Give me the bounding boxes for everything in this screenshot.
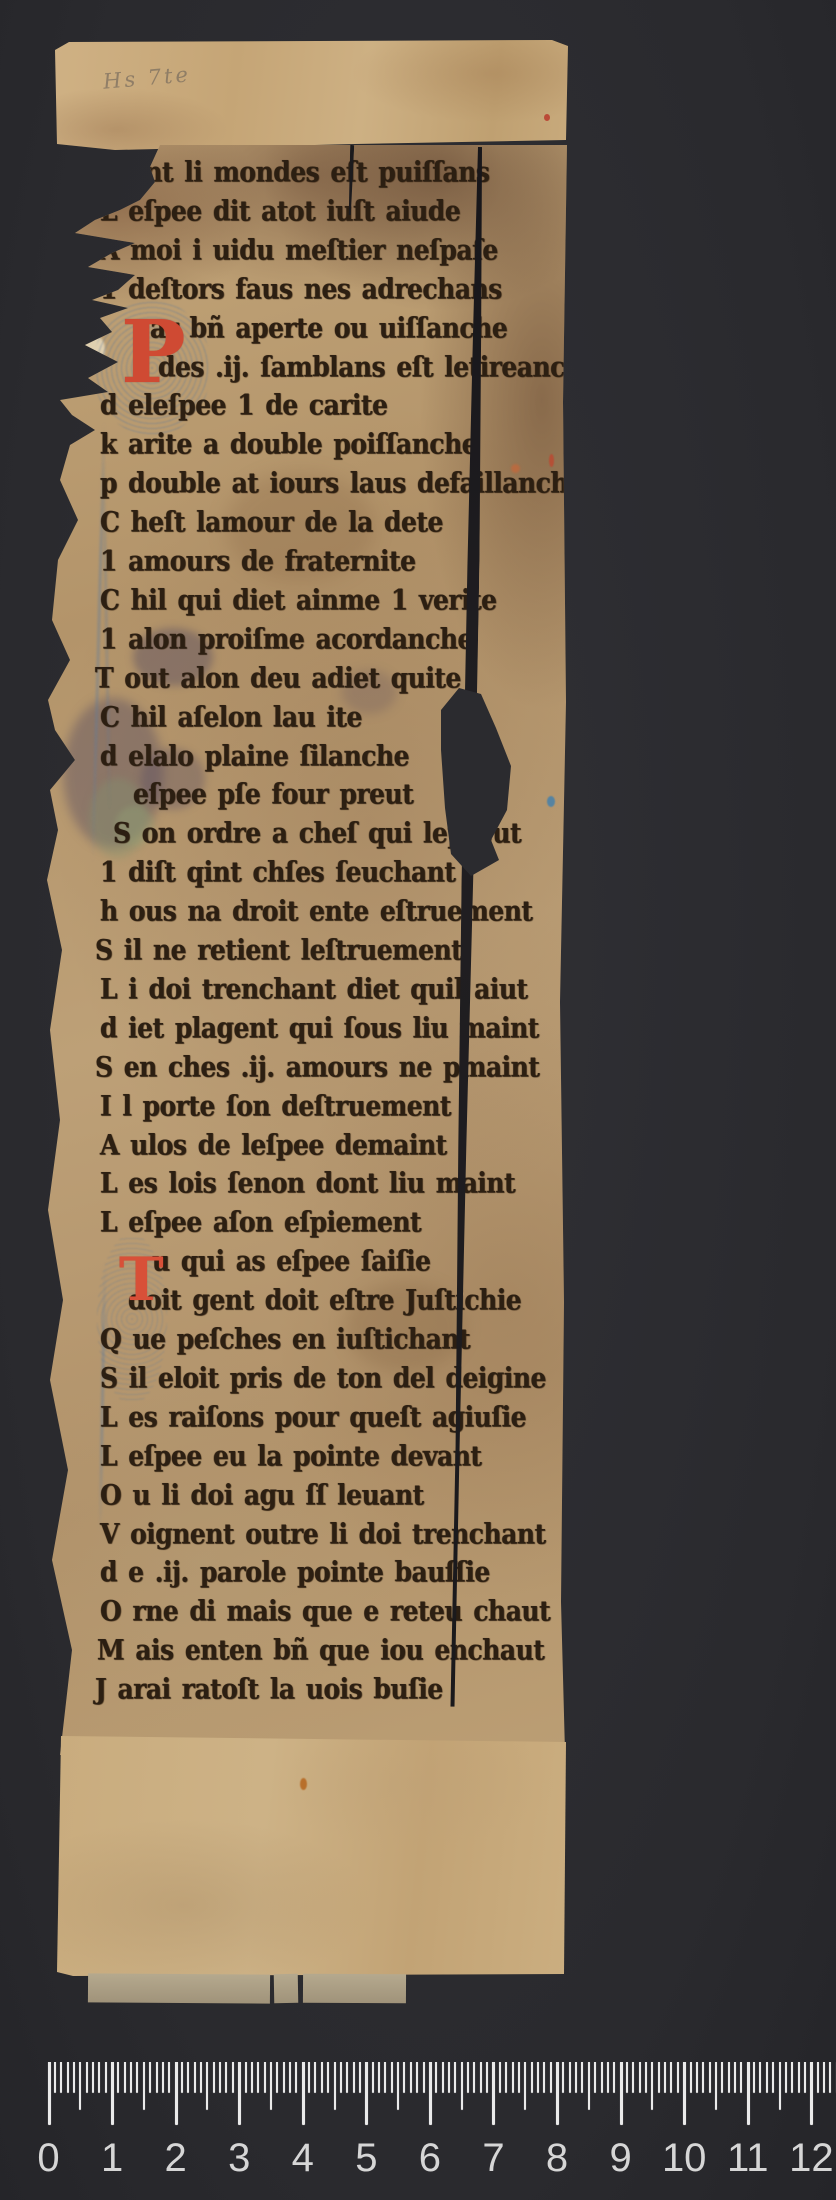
mm-tick (690, 2062, 692, 2093)
mm-tick (423, 2062, 425, 2093)
mm-tick (531, 2062, 533, 2093)
manuscript-line: d e .ij. parole pointe bauſſie (100, 1558, 490, 1586)
mm-tick (295, 2062, 297, 2093)
mm-tick (372, 2062, 374, 2093)
cm-tick (620, 2062, 623, 2125)
mm-tick (728, 2062, 730, 2093)
manuscript-line: des .ij. ſamblans eſt letireanche (158, 353, 598, 381)
mm-tick (136, 2062, 138, 2093)
manuscript-line: p double at iours laus defaillanche (100, 469, 584, 497)
manuscript-line: S il ne retient leſtruement (95, 936, 462, 964)
mm-tick (187, 2062, 189, 2093)
mm-tick (86, 2062, 88, 2093)
mm-tick (734, 2062, 736, 2093)
mm-tick (766, 2062, 768, 2093)
manuscript-line: ar bñ aperte ou uiſſanche (150, 314, 507, 342)
mm-tick (772, 2062, 774, 2093)
manuscript-line: C heſt lamour de la dete (100, 508, 443, 536)
mm-tick (219, 2062, 221, 2093)
manuscript-line: J arai ratoſt la uois buſie (95, 1675, 443, 1703)
mm-tick (740, 2062, 742, 2093)
manuscript-line: A ulos de leſpee demaint (100, 1131, 447, 1159)
mm-tick (117, 2062, 119, 2093)
mm-tick (359, 2062, 361, 2093)
mm-tick (314, 2062, 316, 2093)
cm-tick (175, 2062, 178, 2125)
mm-tick (435, 2062, 437, 2093)
mm-tick (829, 2062, 831, 2093)
cm-tick (492, 2062, 495, 2125)
mm-tick (98, 2062, 100, 2093)
mm-tick (709, 2062, 711, 2093)
mm-tick (512, 2062, 514, 2093)
mm-tick (645, 2062, 647, 2093)
mm-tick (73, 2062, 75, 2093)
cm-tick (238, 2062, 241, 2125)
mm-tick (791, 2062, 793, 2093)
rubric-initial-T: T (119, 1250, 164, 1310)
mm-tick (480, 2062, 482, 2093)
mm-tick (67, 2062, 69, 2093)
cm-ruler: 0123456789101112 (0, 2062, 836, 2200)
mm-tick (613, 2062, 615, 2093)
cm-tick (365, 2062, 368, 2125)
mm-tick (639, 2062, 641, 2093)
pencil-inscription: Hs 7te (102, 64, 191, 93)
cm-tick (683, 2062, 686, 2125)
mm-tick (149, 2062, 151, 2093)
cm-tick (747, 2062, 750, 2125)
mm-tick (785, 2062, 787, 2093)
ruler-number: 3 (207, 2138, 271, 2178)
mm-tick (162, 2062, 164, 2093)
mm-tick (200, 2062, 202, 2093)
half-cm-tick (397, 2062, 399, 2110)
mm-tick (257, 2062, 259, 2093)
manuscript-line: k arite a double poiſſanche (100, 430, 477, 458)
manuscript-line: I l porte ſon deſtruement (100, 1092, 451, 1120)
cm-tick (556, 2062, 559, 2125)
manuscript-line: C hil aſelon lau ite (100, 703, 362, 731)
mm-tick (130, 2062, 132, 2093)
manuscript-line: u qui as eſpee ſaiſie (152, 1247, 430, 1275)
manuscript-line: d iet plagent qui ſous liu maint (100, 1014, 539, 1042)
mm-tick (626, 2062, 628, 2093)
manuscript-line: 1 diſt qint chſes ſeuchant (100, 858, 455, 886)
mm-tick (391, 2062, 393, 2093)
mm-tick (232, 2062, 234, 2093)
half-cm-tick (143, 2062, 145, 2110)
mm-tick (213, 2062, 215, 2093)
mm-tick (308, 2062, 310, 2093)
half-cm-tick (270, 2062, 272, 2110)
manuscript-line: eſpee pſe four preut (133, 780, 413, 808)
mm-tick (759, 2062, 761, 2093)
mm-tick (225, 2062, 227, 2093)
cm-tick (429, 2062, 432, 2125)
mm-tick (283, 2062, 285, 2093)
mm-tick (581, 2062, 583, 2093)
manuscript-leaf: d ont li mondes eſt puiſſansL eſpee dit … (45, 142, 568, 1757)
cm-tick (810, 2062, 813, 2125)
manuscript-line: 1 amours de fraternite (100, 547, 416, 575)
rubric-initial-P: P (121, 310, 186, 396)
ruler-number: 11 (716, 2138, 780, 2178)
cm-tick (111, 2062, 114, 2125)
mm-tick (416, 2062, 418, 2093)
mm-tick (410, 2062, 412, 2093)
manuscript-line: V oignent outre li doi trenchant (100, 1520, 546, 1548)
mm-tick (817, 2062, 819, 2093)
manuscript-line: L es lois ſenon dont liu maint (100, 1169, 515, 1197)
mm-tick (454, 2062, 456, 2093)
manuscript-line: 1 alon proiſme acordanche (100, 625, 473, 653)
mm-tick (60, 2062, 62, 2093)
mm-tick (575, 2062, 577, 2093)
manuscript-line: S en ches .ij. amours ne pmaint (95, 1053, 539, 1081)
mm-tick (721, 2062, 723, 2093)
mm-tick (378, 2062, 380, 2093)
mm-tick (105, 2062, 107, 2093)
rust-stain (300, 1778, 307, 1790)
mm-tick (664, 2062, 666, 2093)
mm-tick (537, 2062, 539, 2093)
mm-tick (670, 2062, 672, 2093)
mm-tick (181, 2062, 183, 2093)
mm-tick (276, 2062, 278, 2093)
manuscript-line: L es raiſons pour queſt agiuſie (100, 1403, 526, 1431)
mm-tick (823, 2062, 825, 2093)
mm-tick (327, 2062, 329, 2093)
manuscript-line: T out alon deu adiet quite (95, 664, 461, 692)
ruler-number: 2 (144, 2138, 208, 2178)
ruler-number: 10 (652, 2138, 716, 2178)
cm-tick (48, 2062, 51, 2125)
mm-tick (696, 2062, 698, 2093)
ruler-number: 7 (461, 2138, 525, 2178)
ruler-number: 1 (80, 2138, 144, 2178)
manuscript-line: O u li doi agu ſſ leuant (100, 1481, 424, 1509)
manuscript-line: O rne di mais que e reteu chaut (100, 1597, 550, 1625)
mm-tick (518, 2062, 520, 2093)
manuscript-line: d ont li mondes eſt puiſſans (100, 158, 489, 186)
mm-tick (632, 2062, 634, 2093)
mm-tick (264, 2062, 266, 2093)
ruler-number: 6 (398, 2138, 462, 2178)
parchment-tab (88, 1973, 270, 2003)
mm-tick (92, 2062, 94, 2093)
mm-tick (569, 2062, 571, 2093)
manuscript-line: M ais enten bñ que iou enchaut (97, 1636, 544, 1664)
mm-tick (753, 2062, 755, 2093)
mm-tick (346, 2062, 348, 2093)
mm-tick (168, 2062, 170, 2093)
half-cm-tick (651, 2062, 653, 2110)
half-cm-tick (588, 2062, 590, 2110)
mm-tick (594, 2062, 596, 2093)
mm-tick (798, 2062, 800, 2093)
parchment-top-strip: Hs 7te (55, 40, 568, 152)
mm-tick (340, 2062, 342, 2093)
half-cm-tick (461, 2062, 463, 2110)
manuscript-line: L eſpee aſon eſpiement (100, 1208, 421, 1236)
mm-tick (442, 2062, 444, 2093)
mm-tick (505, 2062, 507, 2093)
mm-tick (124, 2062, 126, 2093)
mm-tick (251, 2062, 253, 2093)
mm-tick (677, 2062, 679, 2093)
mm-tick (550, 2062, 552, 2093)
mm-tick (245, 2062, 247, 2093)
mm-tick (562, 2062, 564, 2093)
parchment-bottom-strip (57, 1736, 568, 1978)
manuscript-line: A moi i uidu meſtier neſpaſe (100, 236, 498, 264)
ruler-number: 8 (525, 2138, 589, 2178)
mm-tick (289, 2062, 291, 2093)
mm-tick (156, 2062, 158, 2093)
ruler-number: 4 (271, 2138, 335, 2178)
parchment-tab (274, 1974, 299, 2003)
manuscript-line: L eſpee dit atot iuſt aiude (100, 197, 460, 225)
half-cm-tick (206, 2062, 208, 2110)
half-cm-tick (334, 2062, 336, 2110)
ruler-number: 9 (589, 2138, 653, 2178)
parchment-tab (303, 1974, 406, 2004)
mm-tick (607, 2062, 609, 2093)
mm-tick (467, 2062, 469, 2093)
mm-tick (601, 2062, 603, 2093)
manuscript-line: Q ue peſches en iuſtichant (100, 1325, 470, 1353)
mm-tick (194, 2062, 196, 2093)
ruler-number: 12 (779, 2138, 836, 2178)
half-cm-tick (779, 2062, 781, 2110)
mm-tick (499, 2062, 501, 2093)
mm-tick (473, 2062, 475, 2093)
manuscript-line: L eſpee eu la pointe devant (100, 1442, 481, 1470)
ruler-number: 5 (334, 2138, 398, 2178)
manuscript-line: S il eloit pris de ton del deigine (100, 1364, 546, 1392)
half-cm-tick (79, 2062, 81, 2110)
manuscript-line: C hil qui diet ainme 1 verite (100, 586, 497, 614)
mm-tick (384, 2062, 386, 2093)
ruler-number: 0 (17, 2138, 81, 2178)
mm-tick (804, 2062, 806, 2093)
photo-stage: Hs 7te d ont li mondes eſt puiſſansL eſp… (0, 0, 836, 2200)
cm-tick (302, 2062, 305, 2125)
mm-tick (658, 2062, 660, 2093)
mm-tick (321, 2062, 323, 2093)
mm-tick (403, 2062, 405, 2093)
half-cm-tick (715, 2062, 717, 2110)
mm-tick (54, 2062, 56, 2093)
mm-tick (543, 2062, 545, 2093)
mm-tick (448, 2062, 450, 2093)
half-cm-tick (524, 2062, 526, 2110)
manuscript-line: 1 deſtors faus nes adrechans (100, 275, 502, 303)
mm-tick (702, 2062, 704, 2093)
manuscript-line: d elalo plaine ſilanche (100, 742, 409, 770)
mm-tick (353, 2062, 355, 2093)
mm-tick (486, 2062, 488, 2093)
red-speck (544, 114, 550, 121)
